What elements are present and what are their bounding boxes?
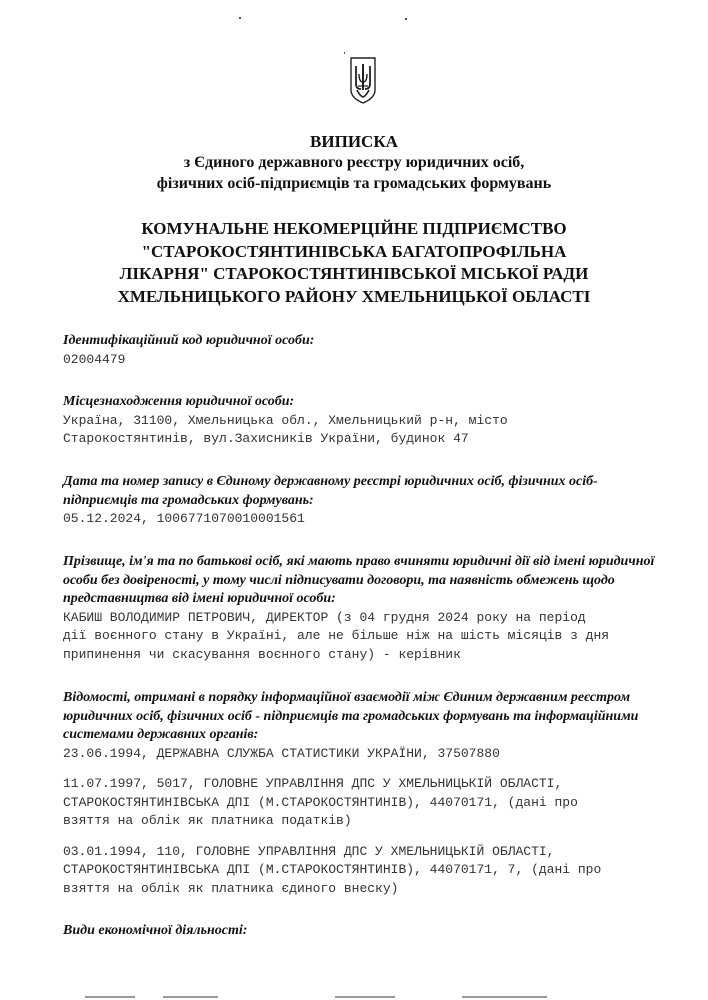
scan-speck — [344, 52, 345, 54]
interaction-entry: 03.01.1994, 110, ГОЛОВНЕ УПРАВЛІННЯ ДПС … — [63, 843, 653, 899]
subtitle-line: з Єдиного державного реєстру юридичних о… — [0, 152, 708, 173]
section-representatives: Прізвище, ім'я та по батькові осіб, які … — [63, 553, 668, 664]
subtitle-line: фізичних осіб-підприємців та громадських… — [0, 173, 708, 194]
org-name-line: КОМУНАЛЬНЕ НЕКОМЕРЦІЙНЕ ПІДПРИЄМСТВО — [0, 218, 708, 241]
id-code-value: 02004479 — [63, 351, 663, 370]
cutoff-text-strip — [0, 996, 708, 998]
id-code-label: Ідентифікаційний код юридичної особи: — [63, 332, 663, 351]
section-location: Місцезнаходження юридичної особи: Україн… — [63, 393, 663, 449]
location-value: Україна, 31100, Хмельницька обл., Хмельн… — [63, 412, 663, 449]
scan-speck — [239, 17, 241, 19]
section-economic-activity: Види економічної діяльності: — [63, 922, 663, 941]
scan-speck — [405, 18, 407, 20]
registration-value: 05.12.2024, 1006771070010001561 — [63, 510, 623, 529]
document-title: ВИПИСКА — [0, 132, 708, 152]
document-page: ВИПИСКА з Єдиного державного реєстру юри… — [0, 0, 708, 1000]
ukraine-trident-icon — [348, 56, 378, 104]
section-interaction-info: Відомості, отримані в порядку інформацій… — [63, 689, 653, 898]
section-id-code: Ідентифікаційний код юридичної особи: 02… — [63, 332, 663, 369]
section-registration: Дата та номер запису в Єдиному державном… — [63, 473, 623, 529]
interaction-entry: 23.06.1994, ДЕРЖАВНА СЛУЖБА СТАТИСТИКИ У… — [63, 745, 653, 764]
interaction-info-label: Відомості, отримані в порядку інформацій… — [63, 689, 653, 745]
representatives-label: Прізвище, ім'я та по батькові осіб, які … — [63, 553, 668, 609]
interaction-entry: 11.07.1997, 5017, ГОЛОВНЕ УПРАВЛІННЯ ДПС… — [63, 775, 653, 831]
document-subtitle: з Єдиного державного реєстру юридичних о… — [0, 152, 708, 194]
economic-activity-label: Види економічної діяльності: — [63, 922, 663, 941]
representatives-value: КАБИШ ВОЛОДИМИР ПЕТРОВИЧ, ДИРЕКТОР (з 04… — [63, 609, 668, 665]
org-name-line: ЛІКАРНЯ" СТАРОКОСТЯНТИНІВСЬКОЇ МІСЬКОЇ Р… — [0, 263, 708, 286]
organization-name: КОМУНАЛЬНЕ НЕКОМЕРЦІЙНЕ ПІДПРИЄМСТВО "СТ… — [0, 218, 708, 308]
registration-label: Дата та номер запису в Єдиному державном… — [63, 473, 623, 510]
org-name-line: ХМЕЛЬНИЦЬКОГО РАЙОНУ ХМЕЛЬНИЦЬКОЇ ОБЛАСТ… — [0, 286, 708, 309]
org-name-line: "СТАРОКОСТЯНТИНІВСЬКА БАГАТОПРОФІЛЬНА — [0, 241, 708, 264]
location-label: Місцезнаходження юридичної особи: — [63, 393, 663, 412]
